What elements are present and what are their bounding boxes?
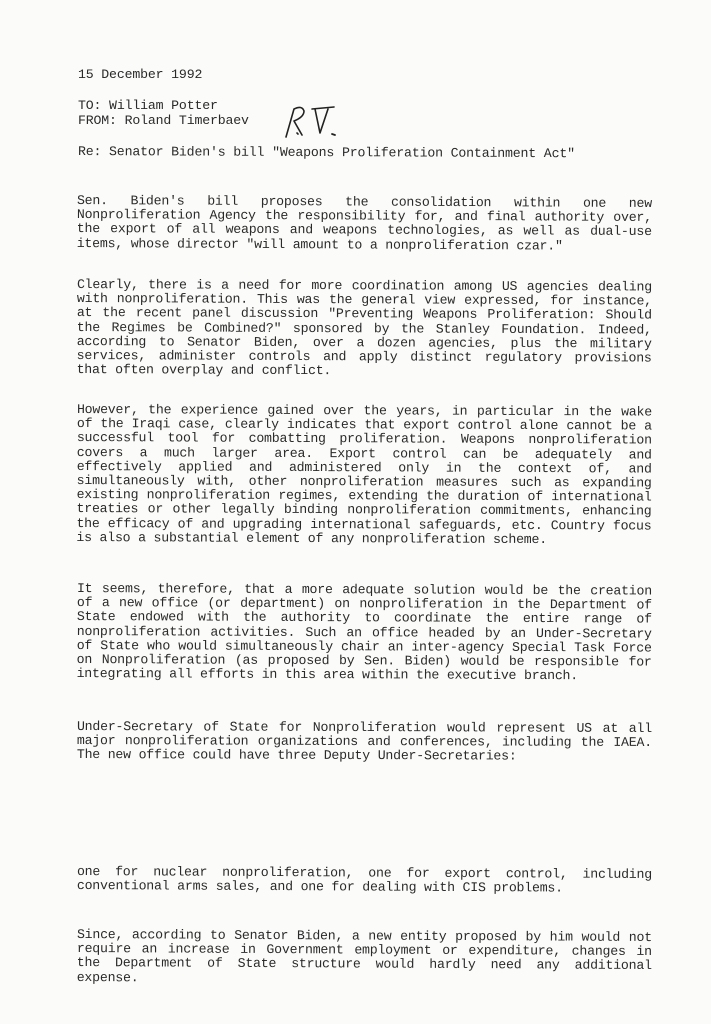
body-paragraph: It seems, therefore, that a more adequat… <box>77 582 652 684</box>
body-paragraph: Clearly, there is a need for more coordi… <box>77 278 652 380</box>
memo-from: FROM: Roland Timerbaev <box>78 113 249 128</box>
memo-date: 15 December 1992 <box>78 67 202 82</box>
body-paragraph: However, the experience gained over the … <box>76 403 652 548</box>
memo-subject: Re: Senator Biden's bill "Weapons Prolif… <box>78 144 575 161</box>
body-paragraph: Since, according to Senator Biden, a new… <box>77 928 652 988</box>
body-paragraph: one for nuclear nonproliferation, one fo… <box>77 865 652 896</box>
memo-page: 15 December 1992 TO: William Potter FROM… <box>0 0 711 1024</box>
body-paragraph: Under-Secretary of State for Nonprolifer… <box>77 720 652 765</box>
handwritten-signature-icon <box>282 103 342 139</box>
body-paragraph: Sen. Biden's bill proposes the consolida… <box>77 194 652 254</box>
memo-to: TO: William Potter <box>78 98 218 113</box>
